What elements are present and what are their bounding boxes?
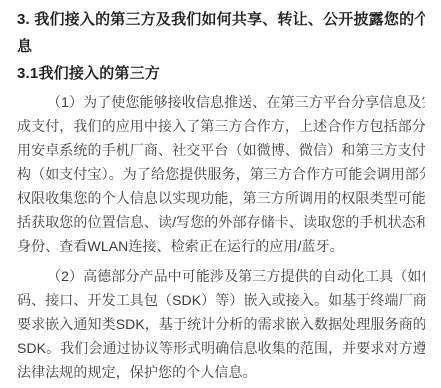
text-line: （2）高德部分产品中可能涉及第三方提供的自动化工具（如代 bbox=[17, 264, 425, 288]
text-line: SDK。我们会通过协议等形式明确信息收集的范围，并要求对方遵守 bbox=[17, 336, 425, 360]
text-line: 身份、查看WLAN连接、检索正在运行的应用/蓝牙。 bbox=[17, 234, 425, 258]
paragraph-sdk-tools: （2）高德部分产品中可能涉及第三方提供的自动化工具（如代码、接口、开发工具包（S… bbox=[17, 264, 425, 384]
text-line: 息 bbox=[17, 33, 425, 60]
section-heading: 3. 我们接入的第三方及我们如何共享、转让、公开披露您的个人信息 bbox=[17, 6, 425, 60]
text-line: 码、接口、开发工具包（SDK）等）嵌入或接入。如基于终端厂商的 bbox=[17, 288, 425, 312]
subsection-heading: 3.1我们接入的第三方 bbox=[17, 60, 425, 87]
text-line: 要求嵌入通知类SDK，基于统计分析的需求嵌入数据处理服务商的 bbox=[17, 312, 425, 336]
text-line: 括获取您的位置信息、读/写您的外部存储卡、读取您的手机状态和 bbox=[17, 210, 425, 234]
paragraph-third-party-access: （1）为了使您能够接收信息推送、在第三方平台分享信息及完成支付，我们的应用中接入… bbox=[17, 90, 425, 258]
text-line: 成支付，我们的应用中接入了第三方合作方，上述合作方包括部分使 bbox=[17, 114, 425, 138]
text-line: （1）为了使您能够接收信息推送、在第三方平台分享信息及完 bbox=[17, 90, 425, 114]
text-line: 法律法规的规定，保护您的个人信息。 bbox=[17, 360, 425, 384]
text-line: 权限收集您的个人信息以实现功能，第三方所调用的权限类型可能包 bbox=[17, 186, 425, 210]
text-line: 用安卓系统的手机厂商、社交平台（如微博、微信）和第三方支付机 bbox=[17, 138, 425, 162]
policy-scroll-area[interactable]: 3. 我们接入的第三方及我们如何共享、转让、公开披露您的个人信息 3.1我们接入… bbox=[0, 0, 441, 388]
text-line: 构（如支付宝）。为了给您提供服务，第三方合作方可能会调用部分 bbox=[17, 162, 425, 186]
text-line: 3. 我们接入的第三方及我们如何共享、转让、公开披露您的个人信 bbox=[17, 6, 425, 33]
